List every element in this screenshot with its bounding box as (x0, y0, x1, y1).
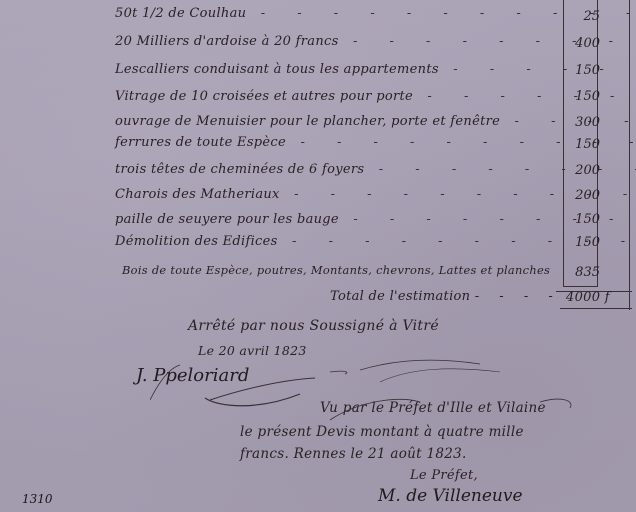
approval-title: Le Préfet, (410, 468, 478, 483)
item-amount: 150 (568, 133, 600, 157)
line-item: Charois des Matheriaux - - - - - - - - -… (115, 183, 636, 207)
item-amount: 150 (568, 59, 600, 83)
line-item: Vitrage de 10 croisées et autres pour po… (115, 85, 636, 109)
item-description: 50t 1/2 de Coulhau (115, 2, 246, 26)
prefect-signature: M. de Villeneuve (378, 486, 523, 506)
item-amount: 200 (568, 159, 600, 183)
line-item: Bois de toute Espèce, poutres, Montants,… (122, 258, 550, 282)
item-description: 20 Milliers d'ardoise à 20 francs (115, 30, 339, 54)
total-label: Total de l'estimation (330, 289, 470, 304)
decorative-flourish (360, 350, 540, 390)
certification-line-1: Arrêté par nous Soussigné à Vitré (188, 318, 439, 334)
item-description: Charois des Matheriaux (115, 183, 280, 207)
leader-dashes: - - - - - - (453, 62, 636, 77)
line-item: 20 Milliers d'ardoise à 20 francs - - - … (115, 30, 636, 54)
item-description: trois têtes de cheminées de 6 foyers (115, 158, 364, 182)
item-amount: 25 (568, 5, 600, 29)
line-item: ferrures de toute Espèce - - - - - - - -… (115, 131, 636, 155)
line-item: Lescalliers conduisant à tous les appart… (115, 58, 636, 82)
certification-date: Le 20 avril 1823 (198, 343, 307, 358)
approval-line-3: francs. Rennes le 21 août 1823. (240, 446, 467, 462)
item-amount: 150 (568, 208, 600, 232)
line-item: paille de seuyere pour les bauge - - - -… (115, 208, 636, 232)
leader-dashes: - - - - - - - - - (427, 89, 636, 104)
document-page: 50t 1/2 de Coulhau - - - - - - - - - - -… (0, 0, 636, 512)
item-amount: 150 (568, 231, 600, 255)
line-item: Démolition des Edifices - - - - - - - - … (115, 230, 636, 254)
item-amount: 400 (568, 32, 600, 56)
item-amount: 200 (568, 184, 600, 208)
approval-flourish (320, 390, 580, 430)
item-amount: 150 (568, 85, 600, 109)
total-label-row: Total de l'estimation - - - - (330, 285, 561, 309)
item-description: Démolition des Edifices (115, 230, 278, 254)
item-description: Vitrage de 10 croisées et autres pour po… (115, 85, 413, 109)
item-description: Bois de toute Espèce, poutres, Montants,… (122, 258, 550, 282)
line-item: trois têtes de cheminées de 6 foyers - -… (115, 158, 636, 182)
line-item: 50t 1/2 de Coulhau - - - - - - - - - - -… (115, 2, 636, 26)
total-amount: 4000 f (566, 288, 610, 308)
leader-dashes: - - - - (475, 289, 561, 304)
item-description: Lescalliers conduisant à tous les appart… (115, 58, 439, 82)
total-bottom-rule (560, 308, 632, 309)
margin-archive-number: 1310 (22, 492, 53, 506)
amount-box-bottom-rule (563, 286, 598, 287)
item-description: paille de seuyere pour les bauge (115, 208, 339, 232)
item-description: ferrures de toute Espèce (115, 131, 286, 155)
item-amount: 835 (568, 261, 600, 285)
